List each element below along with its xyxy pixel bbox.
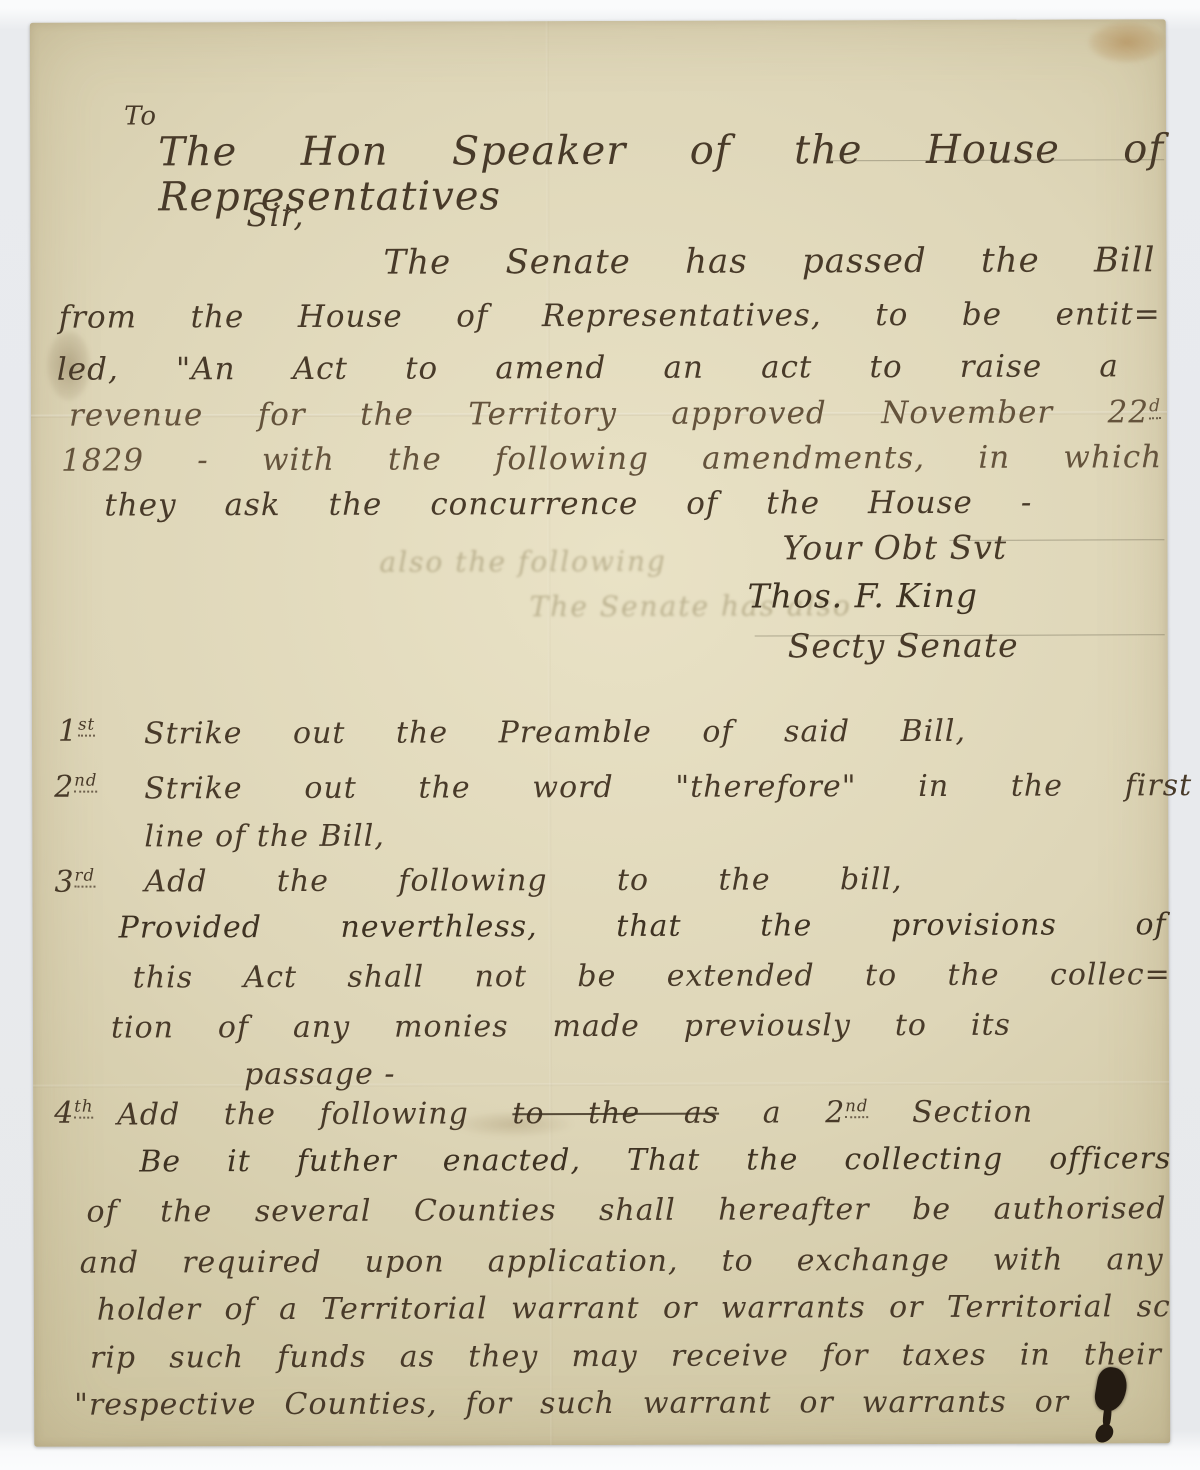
letter-addressee: The Hon Speaker of the House of Represen…	[158, 127, 1164, 220]
amendment-text: holder of a Territorial warrant or warra…	[97, 1290, 1171, 1327]
ordinal-superscript: rd	[75, 866, 96, 888]
signature-name: Thos. F. King	[748, 578, 978, 616]
letter-salutation: Sir,	[246, 198, 304, 234]
amendment-ordinal: 4th	[54, 1097, 93, 1131]
ordinal-number: 1	[58, 715, 78, 749]
ordinal-superscript: st	[78, 715, 95, 737]
ordinal-superscript: d	[1149, 396, 1161, 419]
amendment-text: and required upon application, to exchan…	[80, 1243, 1164, 1280]
amendment-text: rip such funds as they may receive for t…	[90, 1338, 1162, 1375]
struck-out-text: to the as	[512, 1096, 719, 1132]
amendment-ordinal: 1st	[58, 715, 95, 749]
amendment-text: Add the following to the bill,	[144, 863, 902, 899]
signature-title: Secty Senate	[788, 628, 1019, 666]
ordinal-number: 2	[54, 771, 74, 805]
body-line: they ask the concurrence of the House -	[104, 486, 1032, 524]
amendment-text: line of the Bill,	[144, 820, 385, 854]
ordinal-superscript: nd	[74, 771, 97, 793]
letter-paper: also the following The Senate has also T…	[30, 19, 1170, 1447]
body-line: The Senate has passed the Bill	[383, 241, 1155, 282]
body-line-text: revenue for the Territory approved Novem…	[69, 394, 1149, 433]
letter-to-label: To	[124, 102, 157, 131]
amendment-text: tion of any monies made previously to it…	[111, 1009, 1011, 1045]
closing-valediction: Your Obt Svt	[782, 530, 1007, 568]
amendment-text-part: a 2	[719, 1095, 845, 1130]
amendment-text: Provided neverthless, that the provision…	[119, 908, 1167, 945]
amendment-ordinal: 3rd	[54, 866, 95, 900]
amendment-text-part: Section	[868, 1095, 1033, 1131]
ordinal-superscript: nd	[845, 1096, 868, 1118]
amendment-text: passage -	[244, 1058, 396, 1092]
scanned-letter-page: { "page": { "background_color": "#e9ebee…	[0, 0, 1200, 1470]
amendment-text: Add the following to the as a 2nd Sectio…	[117, 1096, 1033, 1132]
body-line: led, "An Act to amend an act to raise a	[57, 349, 1119, 387]
amendment-text: of the several Counties shall hereafter …	[86, 1192, 1166, 1229]
ordinal-number: 3	[54, 866, 74, 900]
bleedthrough-text: also the following	[379, 545, 667, 579]
ink-blot	[1090, 1367, 1130, 1459]
body-line: revenue for the Territory approved Novem…	[69, 395, 1161, 433]
ordinal-number: 4	[54, 1097, 74, 1131]
ordinal-superscript: th	[74, 1097, 93, 1119]
amendment-text: Strike out the Preamble of said Bill,	[144, 715, 966, 751]
amendment-text-part: Add the following	[117, 1096, 512, 1132]
ink-blot-body	[1093, 1365, 1130, 1413]
amendment-text: Be it futher enacted, That the collectin…	[139, 1142, 1171, 1179]
amendment-text: this Act shall not be extended to the co…	[133, 958, 1171, 995]
amendment-text: "respective Counties, for such warrant o…	[74, 1386, 1069, 1423]
paper-stain	[1088, 21, 1166, 63]
amendment-text: Strike out the word "therefore" in the f…	[144, 769, 1192, 806]
ink-blot-dot	[1092, 1421, 1117, 1447]
amendment-ordinal: 2nd	[54, 771, 97, 805]
body-line: 1829 - with the following amendments, in…	[61, 440, 1162, 478]
body-line: from the House of Representatives, to be…	[59, 297, 1161, 335]
fold-crease-horizontal	[33, 1081, 1169, 1088]
